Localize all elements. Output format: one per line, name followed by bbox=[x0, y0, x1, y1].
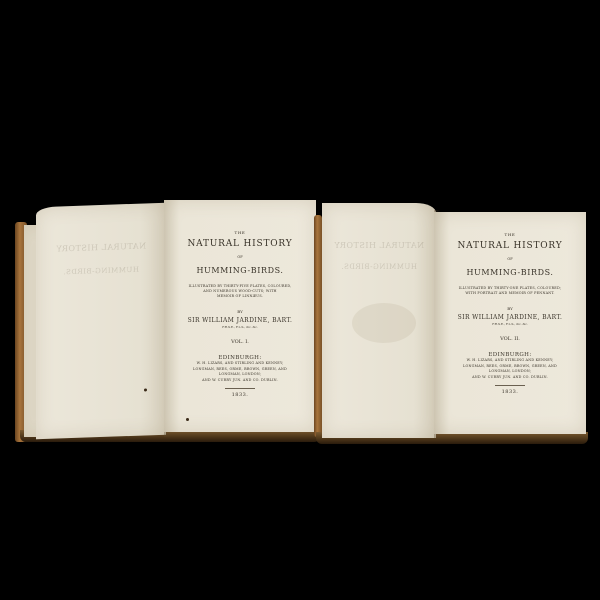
photo-scene: NATURAL HISTORY HUMMING-BIRDS. THE NATUR… bbox=[0, 0, 600, 600]
author-honorifics: F.R.S.E., F.L.S., &c. &c. bbox=[434, 322, 586, 326]
book1-ghost-text-2: HUMMING-BIRDS. bbox=[36, 265, 166, 278]
title-of: OF bbox=[434, 257, 586, 261]
by-label: BY bbox=[164, 309, 316, 314]
author-name: SIR WILLIAM JARDINE, BART. bbox=[434, 314, 586, 321]
author-honorifics: F.R.S.E., F.L.S., &c. &c. bbox=[164, 325, 316, 329]
title-the: THE bbox=[434, 232, 586, 237]
publication-year: 1833. bbox=[434, 389, 586, 395]
volume-label: VOL. I. bbox=[164, 339, 316, 345]
publisher-line: AND W. CURRY JUN. AND CO. DUBLIN. bbox=[164, 378, 316, 384]
book2-title-page-text: THE NATURAL HISTORY OF HUMMING-BIRDS. IL… bbox=[434, 232, 586, 395]
title-of: OF bbox=[164, 255, 316, 259]
book2-ghost-text-1: NATURAL HISTORY bbox=[322, 241, 436, 250]
divider-rule bbox=[225, 388, 255, 389]
illustrated-note: ILLUSTRATED BY THIRTY-FIVE PLATES, COLOU… bbox=[164, 284, 316, 299]
foxing-spot bbox=[144, 388, 147, 391]
publisher-imprint: W. H. LIZARS, AND STIRLING AND KENNEY; L… bbox=[164, 361, 316, 383]
title-line-1: NATURAL HISTORY bbox=[434, 241, 586, 251]
publication-year: 1833. bbox=[164, 392, 316, 398]
publisher-line: AND W. CURRY JUN. AND CO. DUBLIN. bbox=[434, 375, 586, 381]
volume-label: VOL. II. bbox=[434, 336, 586, 342]
book2-ghost-vignette bbox=[352, 303, 416, 343]
book2-ghost-text-2: HUMMING-BIRDS. bbox=[322, 263, 436, 271]
book1-right-board bbox=[314, 215, 322, 437]
publisher-imprint: W. H. LIZARS, AND STIRLING AND KENNEY; L… bbox=[434, 358, 586, 380]
foxing-spot bbox=[186, 418, 189, 421]
book1-ghost-text-1: NATURAL HISTORY bbox=[36, 241, 166, 255]
divider-rule bbox=[495, 385, 525, 386]
book2-left-page: NATURAL HISTORY HUMMING-BIRDS. bbox=[322, 203, 436, 438]
title-line-2: HUMMING-BIRDS. bbox=[164, 266, 316, 275]
book2-title-page: THE NATURAL HISTORY OF HUMMING-BIRDS. IL… bbox=[434, 212, 586, 434]
illustrated-note: ILLUSTRATED BY THIRTY-ONE PLATES, COLOUR… bbox=[434, 286, 586, 296]
title-line-1: NATURAL HISTORY bbox=[164, 239, 316, 249]
illustrated-line: WITH PORTRAIT AND MEMOIR OF PENNANT. bbox=[434, 291, 586, 296]
illustrated-line: MEMOIR OF LINNÆUS. bbox=[164, 294, 316, 299]
author-name: SIR WILLIAM JARDINE, BART. bbox=[164, 317, 316, 324]
book1-left-page: NATURAL HISTORY HUMMING-BIRDS. bbox=[36, 203, 166, 440]
book1-title-page: THE NATURAL HISTORY OF HUMMING-BIRDS. IL… bbox=[164, 200, 316, 432]
title-line-2: HUMMING-BIRDS. bbox=[434, 268, 586, 277]
by-label: BY bbox=[434, 306, 586, 311]
title-the: THE bbox=[164, 230, 316, 235]
book1-title-page-text: THE NATURAL HISTORY OF HUMMING-BIRDS. IL… bbox=[164, 230, 316, 398]
